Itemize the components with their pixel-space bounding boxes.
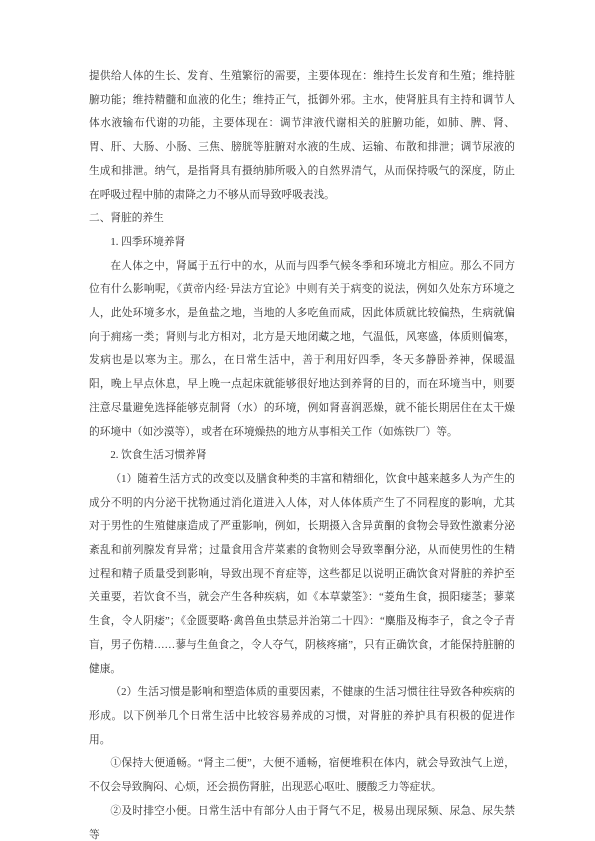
document-text-block: 提供给人体的生长、发育、生殖繁衍的需要，主要体现在：维持生长发育和生殖；维持脏腑… (89, 65, 515, 841)
paragraph-habit-bowel: ①保持大便通畅。“肾主二便”，大便不通畅，宿便堆积在体内，就会导致浊气上逆，不仅… (89, 752, 515, 799)
subsection-heading-seasonal-environment: 1. 四季环境养肾 (89, 231, 515, 255)
paragraph-seasonal-environment: 在人体之中，肾属于五行中的水，从而与四季气候冬季和环境北方相应。那么不同方位有什… (89, 255, 515, 445)
subsection-heading-diet-lifestyle: 2. 饮食生活习惯养肾 (89, 444, 515, 468)
document-page: 提供给人体的生长、发育、生殖繁衍的需要，主要体现在：维持生长发育和生殖；维持脏腑… (0, 0, 595, 841)
paragraph-diet-item-1: （1）随着生活方式的改变以及膳食种类的丰富和精细化，饮食中越来越多人为产生的成分… (89, 468, 515, 681)
paragraph-lifestyle-item-2: （2）生活习惯是影响和塑造体质的重要因素，不健康的生活习惯往往导致各种疾病的形成… (89, 681, 515, 752)
paragraph-habit-urination: ②及时排空小便。日常生活中有部分人由于肾气不足，极易出现尿频、尿急、尿失禁等 (89, 800, 515, 841)
paragraph-kidney-functions-continuation: 提供给人体的生长、发育、生殖繁衍的需要，主要体现在：维持生长发育和生殖；维持脏腑… (89, 65, 515, 207)
section-heading-kidney-care: 二、肾脏的养生 (89, 207, 515, 231)
